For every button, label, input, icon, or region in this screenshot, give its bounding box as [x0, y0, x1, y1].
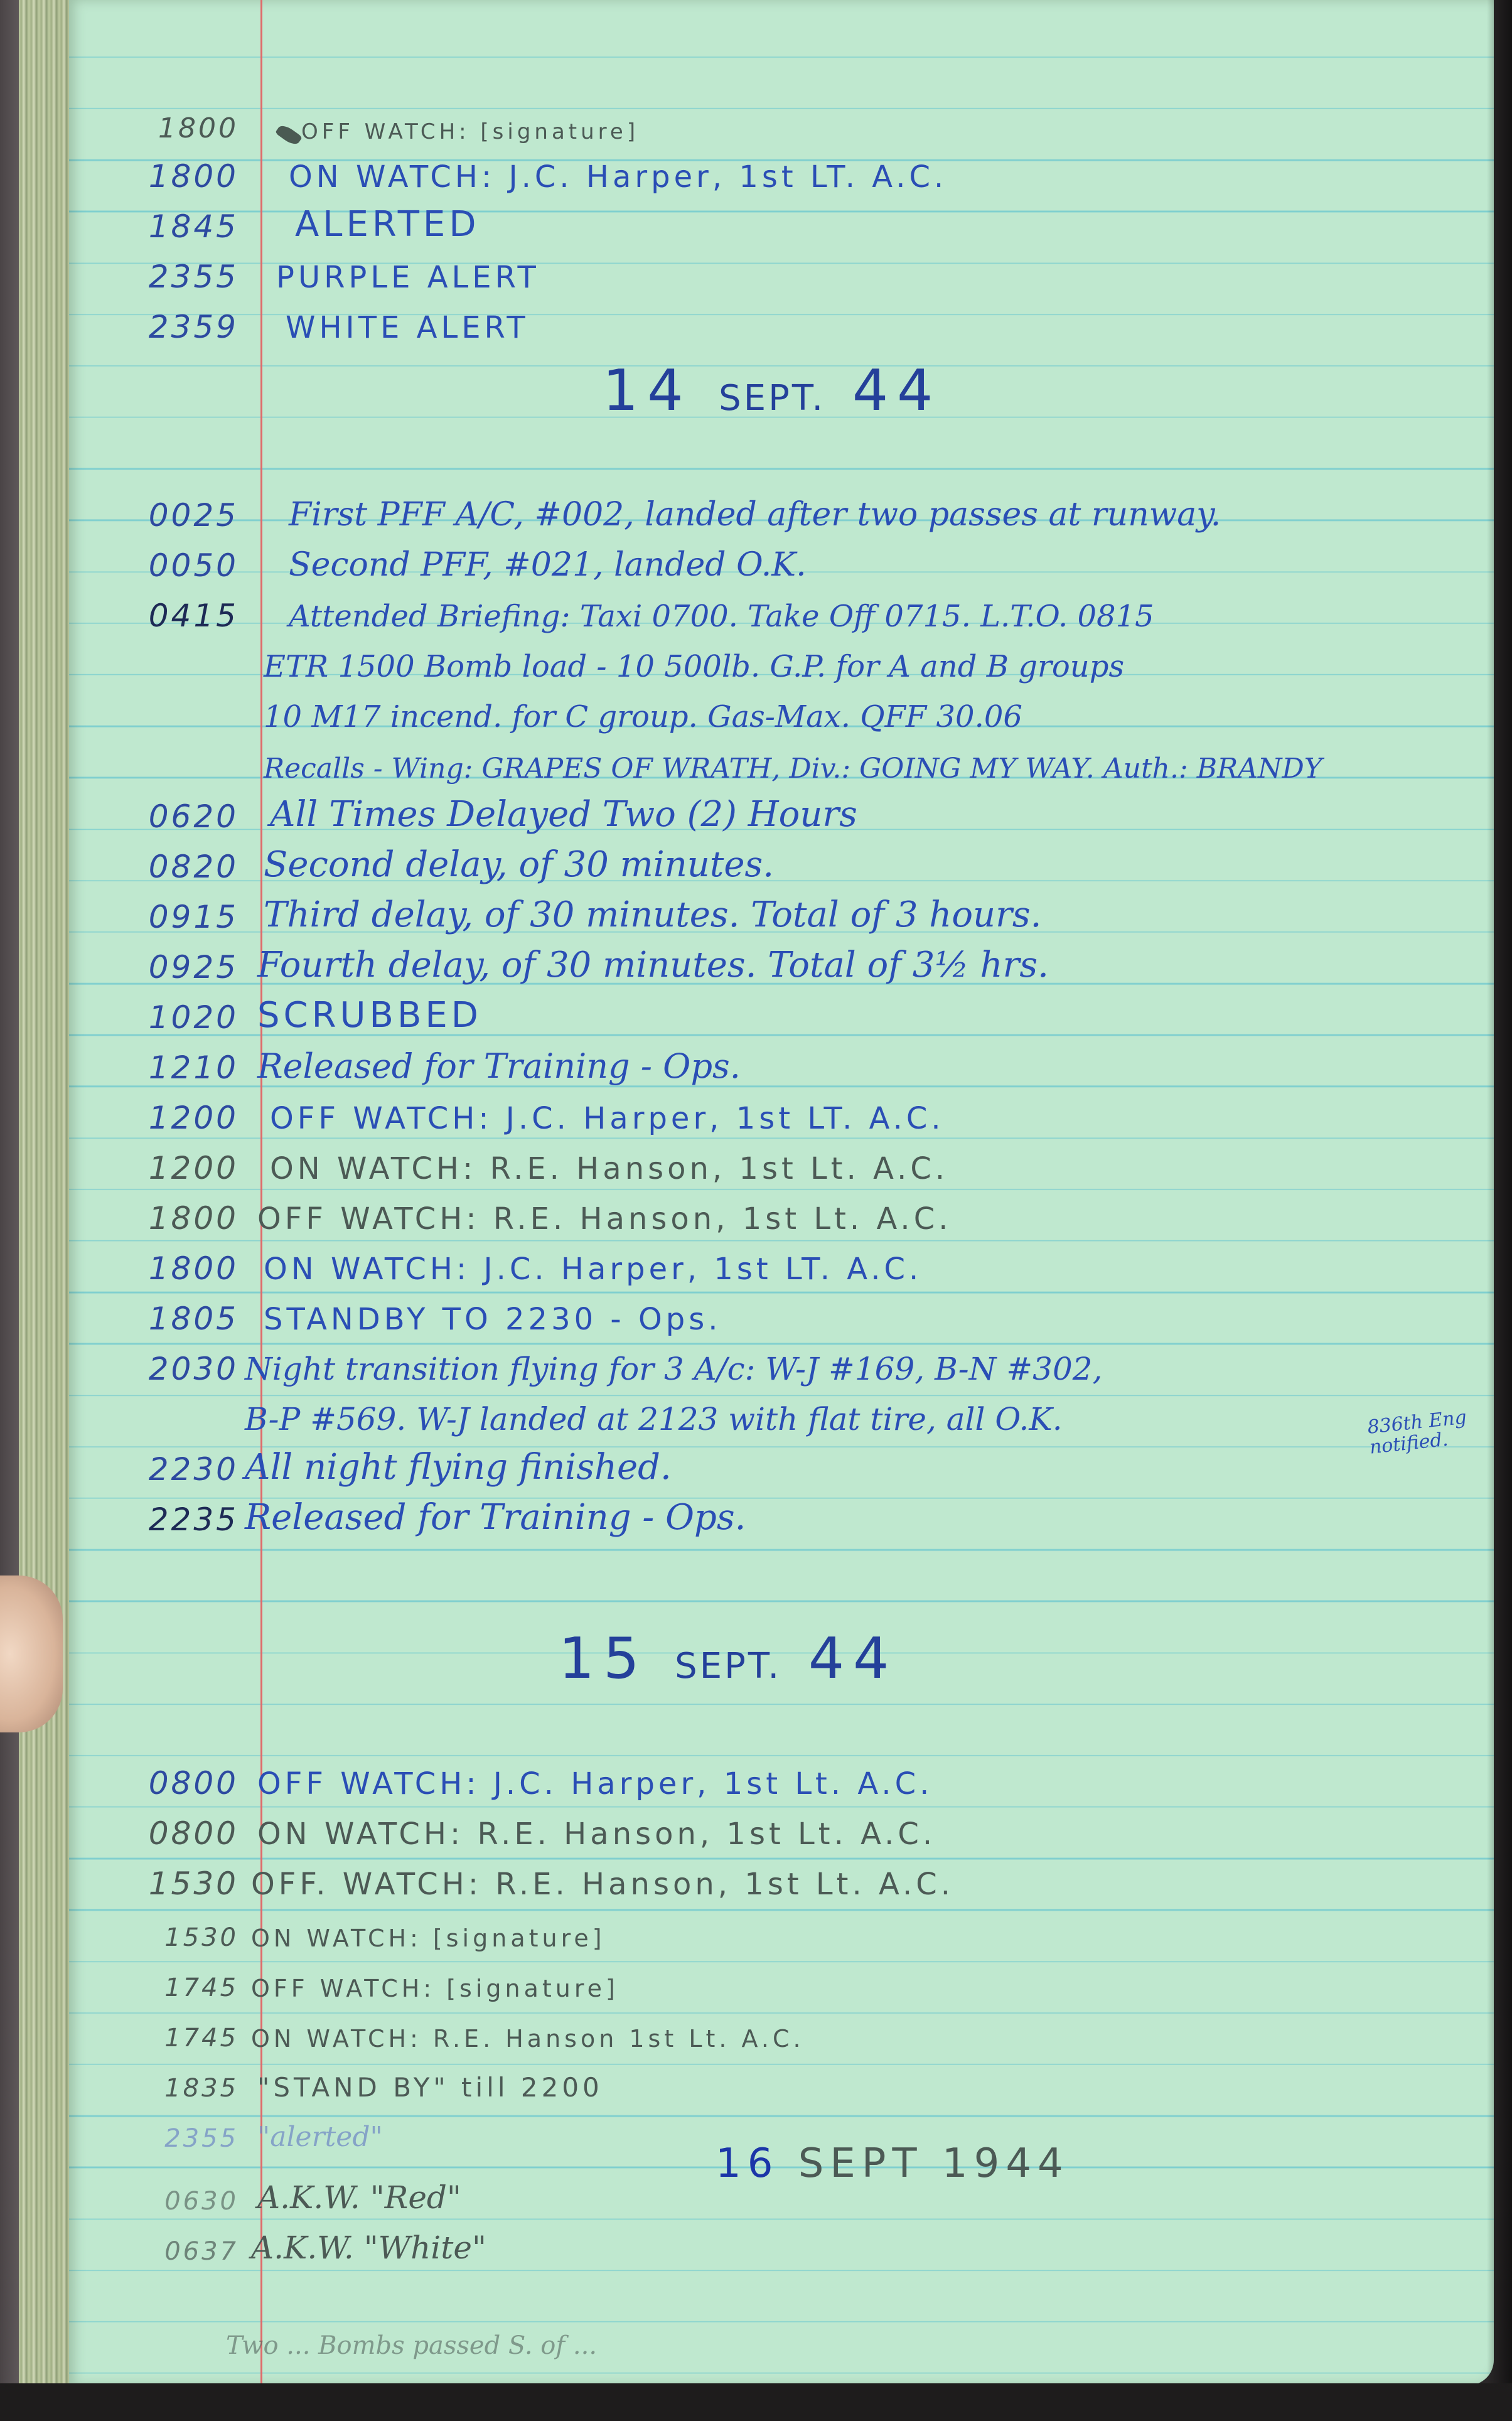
log-row: 1200 ON WATCH: R.E. Hanson, 1st Lt. A.C. — [0, 1136, 1512, 1186]
entry-text: Second delay, of 30 minutes. — [264, 844, 774, 885]
entry-text: WHITE ALERT — [286, 310, 529, 345]
log-row: 1800 ON WATCH: J.C. Harper, 1st LT. A.C. — [0, 1237, 1512, 1287]
log-row: 0637 A.K.W. "White" — [0, 2216, 1512, 2266]
log-row: B-P #569. W-J landed at 2123 with flat t… — [0, 1387, 1512, 1437]
log-row: 2030 Night transition flying for 3 A/c: … — [0, 1337, 1512, 1387]
entry-text: Third delay, of 30 minutes. Total of 3 h… — [264, 894, 1041, 935]
entry-text: ALERTED — [295, 204, 480, 245]
entry-text: OFF WATCH: J.C. Harper, 1st Lt. A.C. — [257, 1766, 933, 1801]
date-heading-14-sept: 14 SEPT. 44 — [603, 358, 941, 424]
entry-time: 1530 — [94, 1923, 239, 1952]
entry-text: B-P #569. W-J landed at 2123 with flat t… — [245, 1401, 1063, 1437]
entry-time: 0415 — [94, 598, 239, 634]
entry-text: "alerted" — [257, 2121, 383, 2153]
entry-text: A.K.W. "Red" — [257, 2179, 461, 2216]
entry-time: 2030 — [94, 1351, 239, 1387]
entry-text: Night transition flying for 3 A/c: W-J #… — [245, 1351, 1103, 1387]
log-row: Two ... Bombs passed S. of ... — [0, 2310, 1512, 2360]
log-row: 1800 ON WATCH: J.C. Harper, 1st LT. A.C. — [0, 144, 1512, 195]
heading-month: SEPT. — [675, 1646, 781, 1687]
log-row: 1745 OFF WATCH: [signature] — [0, 1952, 1512, 2002]
log-row: 1800 OFF WATCH: [signature] — [0, 94, 1512, 144]
log-row: 1835 "STAND BY" till 2200 — [0, 2053, 1512, 2103]
entry-time: 2355 — [94, 259, 239, 295]
entry-text: ETR 1500 Bomb load - 10 500lb. G.P. for … — [264, 649, 1124, 684]
entry-time: 1845 — [94, 208, 239, 245]
entry-text: All night flying finished. — [245, 1447, 672, 1488]
log-row: 2235 Released for Training - Ops. — [0, 1488, 1512, 1538]
log-entries: 1800 OFF WATCH: [signature] 1800 ON WATC… — [0, 0, 1512, 2421]
log-row: 0800 OFF WATCH: J.C. Harper, 1st Lt. A.C… — [0, 1751, 1512, 1801]
log-row: 1805 STANDBY TO 2230 - Ops. — [0, 1287, 1512, 1337]
entry-time: 2359 — [94, 309, 239, 345]
log-row: 1845 ALERTED — [0, 195, 1512, 245]
entry-text: OFF. WATCH: R.E. Hanson, 1st Lt. A.C. — [251, 1867, 954, 1902]
entry-text: ON WATCH: [signature] — [251, 1924, 606, 1952]
entry-text: STANDBY TO 2230 - Ops. — [264, 1302, 722, 1337]
entry-text: A.K.W. "White" — [251, 2230, 486, 2266]
log-row: 0050 Second PFF, #021, landed O.K. — [0, 534, 1512, 584]
entry-time: 0820 — [94, 849, 239, 885]
log-row: 2230 All night flying finished. — [0, 1437, 1512, 1488]
log-row: ETR 1500 Bomb load - 10 500lb. G.P. for … — [0, 634, 1512, 684]
log-row: Recalls - Wing: GRAPES OF WRATH, Div.: G… — [0, 734, 1512, 785]
log-row: 0620 All Times Delayed Two (2) Hours — [0, 785, 1512, 835]
heading-year: 44 — [808, 1626, 898, 1692]
log-row: 1800 OFF WATCH: R.E. Hanson, 1st Lt. A.C… — [0, 1186, 1512, 1237]
entry-text: Second PFF, #021, landed O.K. — [289, 546, 807, 584]
entry-time: 0925 — [94, 949, 239, 985]
entry-time: 0025 — [94, 497, 239, 534]
log-row: 2359 WHITE ALERT — [0, 295, 1512, 345]
entry-text: 10 M17 incend. for C group. Gas-Max. QFF… — [264, 699, 1022, 734]
entry-time: 1800 — [94, 1200, 239, 1237]
page-right-shadow — [1487, 0, 1512, 2421]
entry-text: OFF WATCH: [signature] — [301, 119, 639, 144]
log-row: 0820 Second delay, of 30 minutes. — [0, 835, 1512, 885]
entry-text: OFF WATCH: [signature] — [251, 1975, 619, 2002]
entry-time: 1805 — [94, 1301, 239, 1337]
entry-time: 1210 — [94, 1049, 239, 1086]
entry-time: 0637 — [94, 2237, 239, 2266]
log-row: 0925 Fourth delay, of 30 minutes. Total … — [0, 935, 1512, 985]
entry-text: Recalls - Wing: GRAPES OF WRATH, Div.: G… — [264, 753, 1322, 785]
entry-time: 0800 — [94, 1765, 239, 1801]
entry-text: SCRUBBED — [257, 995, 482, 1036]
log-row: 10 M17 incend. for C group. Gas-Max. QFF… — [0, 684, 1512, 734]
entry-time: 1800 — [94, 1250, 239, 1287]
entry-time: 0915 — [94, 899, 239, 935]
entry-text: ON WATCH: R.E. Hanson 1st Lt. A.C. — [251, 2025, 805, 2053]
entry-time: 2235 — [94, 1501, 239, 1538]
entry-text: First PFF A/C, #002, landed after two pa… — [289, 496, 1221, 534]
entry-text: ON WATCH: R.E. Hanson, 1st Lt. A.C. — [257, 1817, 936, 1852]
entry-text: OFF WATCH: J.C. Harper, 1st LT. A.C. — [270, 1101, 945, 1136]
entry-time: 1800 — [94, 158, 239, 195]
date-heading-15-sept: 15 SEPT. 44 — [559, 1626, 898, 1692]
log-row: 0025 First PFF A/C, #002, landed after t… — [0, 483, 1512, 534]
entry-text: ON WATCH: R.E. Hanson, 1st Lt. A.C. — [270, 1151, 948, 1186]
log-row: 1530 OFF. WATCH: R.E. Hanson, 1st Lt. A.… — [0, 1852, 1512, 1902]
entry-time: 1530 — [94, 1865, 239, 1902]
entry-time: 0620 — [94, 798, 239, 835]
log-row: 0415 Attended Briefing: Taxi 0700. Take … — [0, 584, 1512, 634]
entry-text: PURPLE ALERT — [276, 260, 540, 295]
entry-time: 2355 — [94, 2124, 239, 2153]
entry-text: ON WATCH: J.C. Harper, 1st LT. A.C. — [289, 159, 947, 195]
entry-time: 1745 — [94, 2024, 239, 2053]
entry-time: 1835 — [94, 2074, 239, 2103]
log-row: 0630 A.K.W. "Red" — [0, 2166, 1512, 2216]
page-bottom-shadow — [0, 2383, 1512, 2421]
entry-text: "STAND BY" till 2200 — [257, 2072, 603, 2103]
log-row: 1200 OFF WATCH: J.C. Harper, 1st LT. A.C… — [0, 1086, 1512, 1136]
log-row: 0915 Third delay, of 30 minutes. Total o… — [0, 885, 1512, 935]
log-row: 1020 SCRUBBED — [0, 985, 1512, 1036]
heading-day: 15 — [559, 1626, 648, 1692]
entry-time: 0050 — [94, 547, 239, 584]
heading-month: SEPT. — [719, 378, 825, 419]
log-row: 0800 ON WATCH: R.E. Hanson, 1st Lt. A.C. — [0, 1801, 1512, 1852]
entry-text: Attended Briefing: Taxi 0700. Take Off 0… — [289, 599, 1154, 634]
entry-time: 1200 — [94, 1150, 239, 1186]
heading-day: 14 — [603, 358, 692, 424]
entry-text: OFF WATCH: R.E. Hanson, 1st Lt. A.C. — [257, 1201, 952, 1237]
log-row: 2355 PURPLE ALERT — [0, 245, 1512, 295]
log-row: 1530 ON WATCH: [signature] — [0, 1902, 1512, 1952]
log-row: 1745 ON WATCH: R.E. Hanson 1st Lt. A.C. — [0, 2002, 1512, 2053]
entry-text: Released for Training - Ops. — [245, 1497, 746, 1538]
entry-text: ON WATCH: J.C. Harper, 1st LT. A.C. — [264, 1252, 922, 1287]
entry-time: 1200 — [94, 1100, 239, 1136]
heading-year: 44 — [852, 358, 942, 424]
log-row: 1210 Released for Training - Ops. — [0, 1036, 1512, 1086]
entry-time: 2230 — [94, 1451, 239, 1488]
entry-text: Two ... Bombs passed S. of ... — [226, 2331, 597, 2360]
entry-text: All Times Delayed Two (2) Hours — [270, 794, 857, 835]
entry-time: 0800 — [94, 1815, 239, 1852]
entry-time: 0630 — [94, 2187, 239, 2216]
entry-text: Fourth delay, of 30 minutes. Total of 3½… — [257, 945, 1049, 985]
entry-time: 1020 — [94, 999, 239, 1036]
entry-time: 1745 — [94, 1973, 239, 2002]
entry-text: Released for Training - Ops. — [257, 1046, 741, 1086]
entry-time: 1800 — [94, 112, 239, 144]
